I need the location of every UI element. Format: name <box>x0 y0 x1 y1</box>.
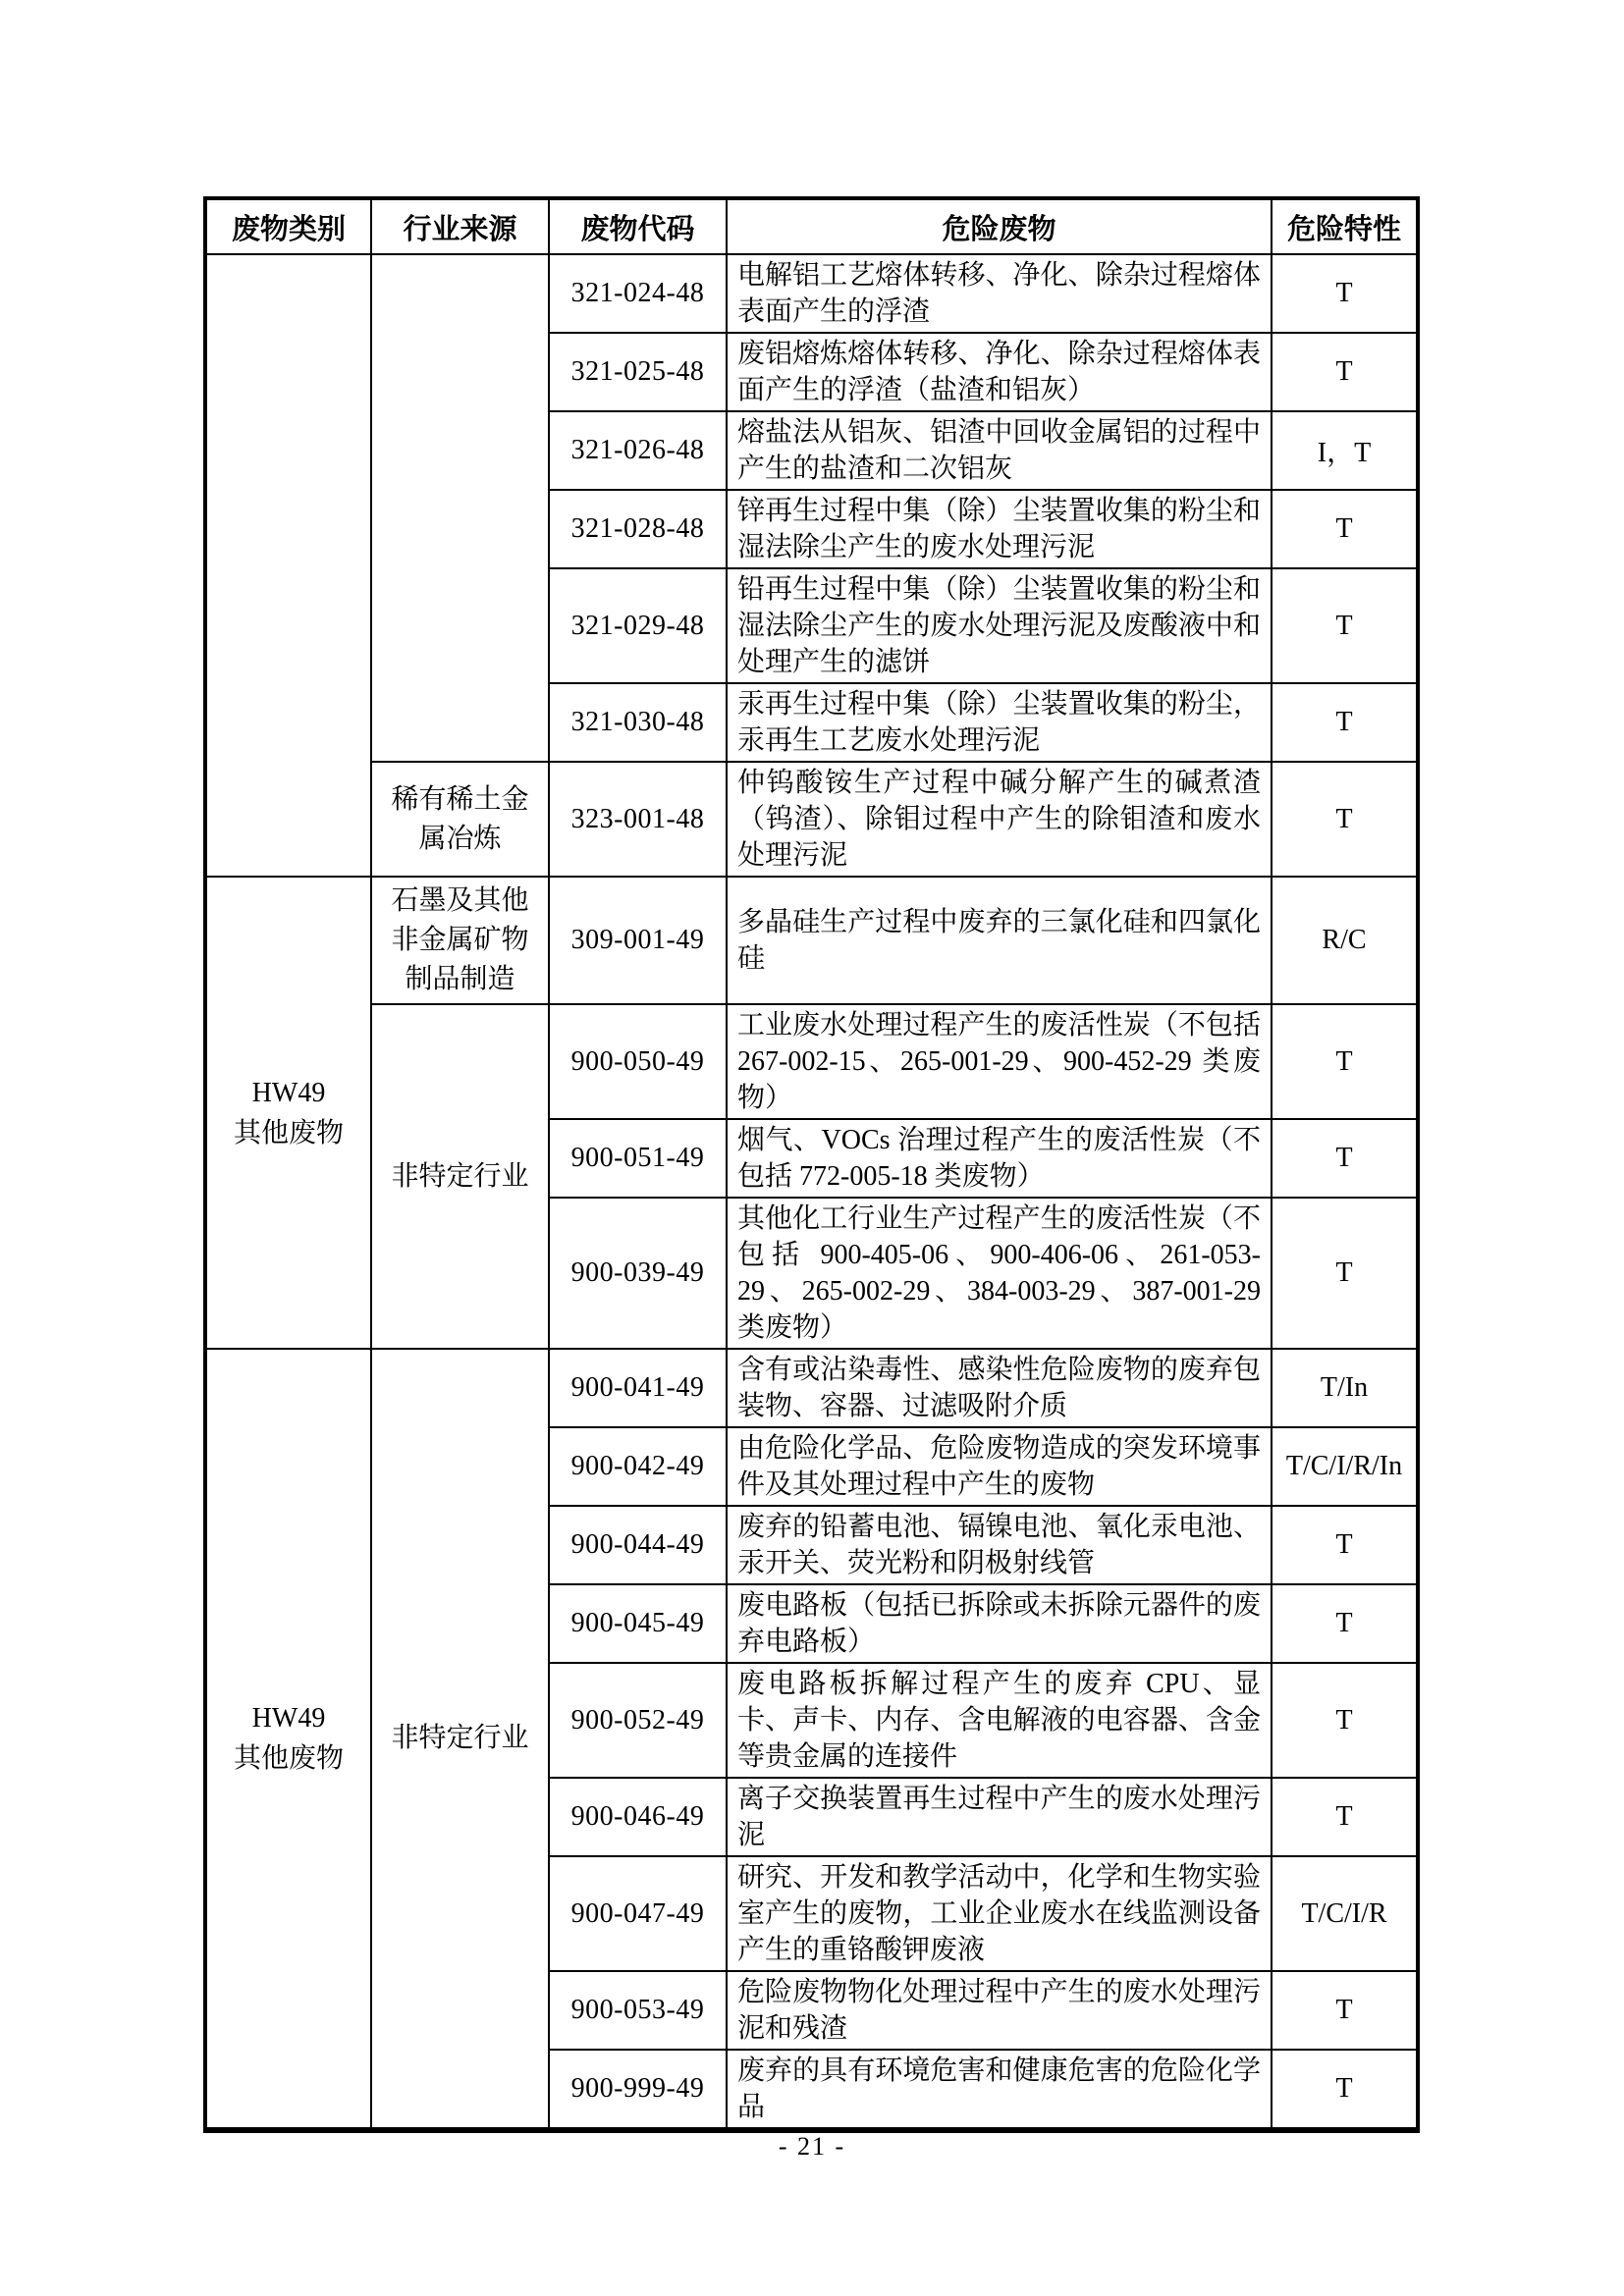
industry-source-cell: 石墨及其他非金属矿物制品制造 <box>371 877 549 1004</box>
hazardous-waste-desc-cell: 烟气、VOCs 治理过程产生的废活性炭（不包括 772-005-18 类废物） <box>727 1119 1272 1198</box>
industry-source-cell <box>371 254 549 762</box>
hazard-characteristic-cell: T/In <box>1272 1349 1418 1427</box>
waste-code-cell: 900-042-49 <box>549 1427 727 1506</box>
table-row: 稀有稀土金属冶炼 323-001-48 仲钨酸铵生产过程中碱分解产生的碱煮渣（钨… <box>205 762 1418 877</box>
table-row: HW49 其他废物 石墨及其他非金属矿物制品制造 309-001-49 多晶硅生… <box>205 877 1418 1004</box>
hazard-characteristic-cell: T <box>1272 1584 1418 1663</box>
col-header-hazardous-waste: 危险废物 <box>727 198 1272 254</box>
col-header-hazard-characteristic: 危险特性 <box>1272 198 1418 254</box>
industry-source-cell: 非特定行业 <box>371 1349 549 2130</box>
hazard-characteristic-cell: T <box>1272 568 1418 683</box>
hazardous-waste-desc-cell: 废弃的铅蓄电池、镉镍电池、氧化汞电池、汞开关、荧光粉和阴极射线管 <box>727 1506 1272 1584</box>
table-row: HW49 其他废物 非特定行业 900-041-49 含有或沾染毒性、感染性危险… <box>205 1349 1418 1427</box>
hazardous-waste-desc-cell: 废电路板（包括已拆除或未拆除元器件的废弃电路板） <box>727 1584 1272 1663</box>
hazard-characteristic-cell: T <box>1272 1004 1418 1119</box>
waste-code-cell: 900-051-49 <box>549 1119 727 1198</box>
hazardous-waste-desc-cell: 离子交换装置再生过程中产生的废水处理污泥 <box>727 1778 1272 1856</box>
hazardous-waste-desc-cell: 由危险化学品、危险废物造成的突发环境事件及其处理过程中产生的废物 <box>727 1427 1272 1506</box>
table-row: 321-024-48 电解铝工艺熔体转移、净化、除杂过程熔体表面产生的浮渣 T <box>205 254 1418 333</box>
hazardous-waste-desc-cell: 废电路板拆解过程产生的废弃 CPU、显卡、声卡、内存、含电解液的电容器、含金等贵… <box>727 1663 1272 1778</box>
hazardous-waste-desc-cell: 废铝熔炼熔体转移、净化、除杂过程熔体表面产生的浮渣（盐渣和铝灰） <box>727 333 1272 411</box>
waste-code-cell: 900-052-49 <box>549 1663 727 1778</box>
hazard-characteristic-cell: T <box>1272 1778 1418 1856</box>
hazard-characteristic-cell: T <box>1272 1506 1418 1584</box>
waste-category-cell <box>205 254 371 877</box>
document-page: 废物类别 行业来源 废物代码 危险废物 危险特性 321-024-48 电解铝工… <box>0 0 1624 2296</box>
waste-code-cell: 321-030-48 <box>549 683 727 762</box>
waste-code-cell: 900-045-49 <box>549 1584 727 1663</box>
hazardous-waste-desc-cell: 电解铝工艺熔体转移、净化、除杂过程熔体表面产生的浮渣 <box>727 254 1272 333</box>
waste-code-cell: 309-001-49 <box>549 877 727 1004</box>
hazard-characteristic-cell: T <box>1272 1971 1418 2050</box>
hazardous-waste-desc-cell: 研究、开发和教学活动中，化学和生物实验室产生的废物，工业企业废水在线监测设备产生… <box>727 1856 1272 1971</box>
waste-code-cell: 900-999-49 <box>549 2050 727 2130</box>
hazard-characteristic-cell: R/C <box>1272 877 1418 1004</box>
waste-code-cell: 900-053-49 <box>549 1971 727 2050</box>
waste-code-cell: 900-039-49 <box>549 1198 727 1349</box>
hazard-characteristic-cell: T <box>1272 1119 1418 1198</box>
industry-source-cell: 稀有稀土金属冶炼 <box>371 762 549 877</box>
industry-source-cell: 非特定行业 <box>371 1004 549 1349</box>
page-number: - 21 - <box>0 2132 1624 2162</box>
hazardous-waste-table: 废物类别 行业来源 废物代码 危险废物 危险特性 321-024-48 电解铝工… <box>203 196 1420 2133</box>
waste-code-cell: 900-044-49 <box>549 1506 727 1584</box>
hazard-characteristic-cell: T <box>1272 490 1418 568</box>
hazard-characteristic-cell: T <box>1272 1663 1418 1778</box>
waste-code-cell: 900-047-49 <box>549 1856 727 1971</box>
hazardous-waste-desc-cell: 含有或沾染毒性、感染性危险废物的废弃包装物、容器、过滤吸附介质 <box>727 1349 1272 1427</box>
hazard-characteristic-cell: T/C/I/R <box>1272 1856 1418 1971</box>
waste-code-cell: 900-041-49 <box>549 1349 727 1427</box>
hazard-characteristic-cell: T <box>1272 762 1418 877</box>
hazardous-waste-desc-cell: 熔盐法从铝灰、铝渣中回收金属铝的过程中产生的盐渣和二次铝灰 <box>727 411 1272 490</box>
waste-code-cell: 323-001-48 <box>549 762 727 877</box>
waste-code-cell: 321-029-48 <box>549 568 727 683</box>
waste-code-cell: 321-024-48 <box>549 254 727 333</box>
hazardous-waste-desc-cell: 锌再生过程中集（除）尘装置收集的粉尘和湿法除尘产生的废水处理污泥 <box>727 490 1272 568</box>
hazard-characteristic-cell: T <box>1272 2050 1418 2130</box>
hazard-characteristic-cell: T <box>1272 683 1418 762</box>
hazard-characteristic-cell: T <box>1272 333 1418 411</box>
hazardous-waste-desc-cell: 多晶硅生产过程中废弃的三氯化硅和四氯化硅 <box>727 877 1272 1004</box>
col-header-waste-category: 废物类别 <box>205 198 371 254</box>
table-row: 非特定行业 900-050-49 工业废水处理过程产生的废活性炭（不包括 267… <box>205 1004 1418 1119</box>
hazardous-waste-desc-cell: 其他化工行业生产过程产生的废活性炭（不包括 900-405-06、900-406… <box>727 1198 1272 1349</box>
hazard-characteristic-cell: T <box>1272 1198 1418 1349</box>
hazardous-waste-desc-cell: 工业废水处理过程产生的废活性炭（不包括 267-002-15、265-001-2… <box>727 1004 1272 1119</box>
waste-code-cell: 321-028-48 <box>549 490 727 568</box>
hazardous-waste-desc-cell: 危险废物物化处理过程中产生的废水处理污泥和残渣 <box>727 1971 1272 2050</box>
hazardous-waste-desc-cell: 汞再生过程中集（除）尘装置收集的粉尘，汞再生工艺废水处理污泥 <box>727 683 1272 762</box>
hazard-characteristic-cell: T/C/I/R/In <box>1272 1427 1418 1506</box>
col-header-industry-source: 行业来源 <box>371 198 549 254</box>
waste-category-cell: HW49 其他废物 <box>205 1349 371 2130</box>
table-header-row: 废物类别 行业来源 废物代码 危险废物 危险特性 <box>205 198 1418 254</box>
waste-category-cell: HW49 其他废物 <box>205 877 371 1349</box>
hazardous-waste-desc-cell: 铅再生过程中集（除）尘装置收集的粉尘和湿法除尘产生的废水处理污泥及废酸液中和处理… <box>727 568 1272 683</box>
col-header-waste-code: 废物代码 <box>549 198 727 254</box>
waste-code-cell: 900-046-49 <box>549 1778 727 1856</box>
waste-code-cell: 321-025-48 <box>549 333 727 411</box>
waste-code-cell: 900-050-49 <box>549 1004 727 1119</box>
hazard-characteristic-cell: T <box>1272 254 1418 333</box>
hazard-characteristic-cell: I，T <box>1272 411 1418 490</box>
hazardous-waste-desc-cell: 仲钨酸铵生产过程中碱分解产生的碱煮渣（钨渣）、除钼过程中产生的除钼渣和废水处理污… <box>727 762 1272 877</box>
waste-code-cell: 321-026-48 <box>549 411 727 490</box>
hazardous-waste-desc-cell: 废弃的具有环境危害和健康危害的危险化学品 <box>727 2050 1272 2130</box>
